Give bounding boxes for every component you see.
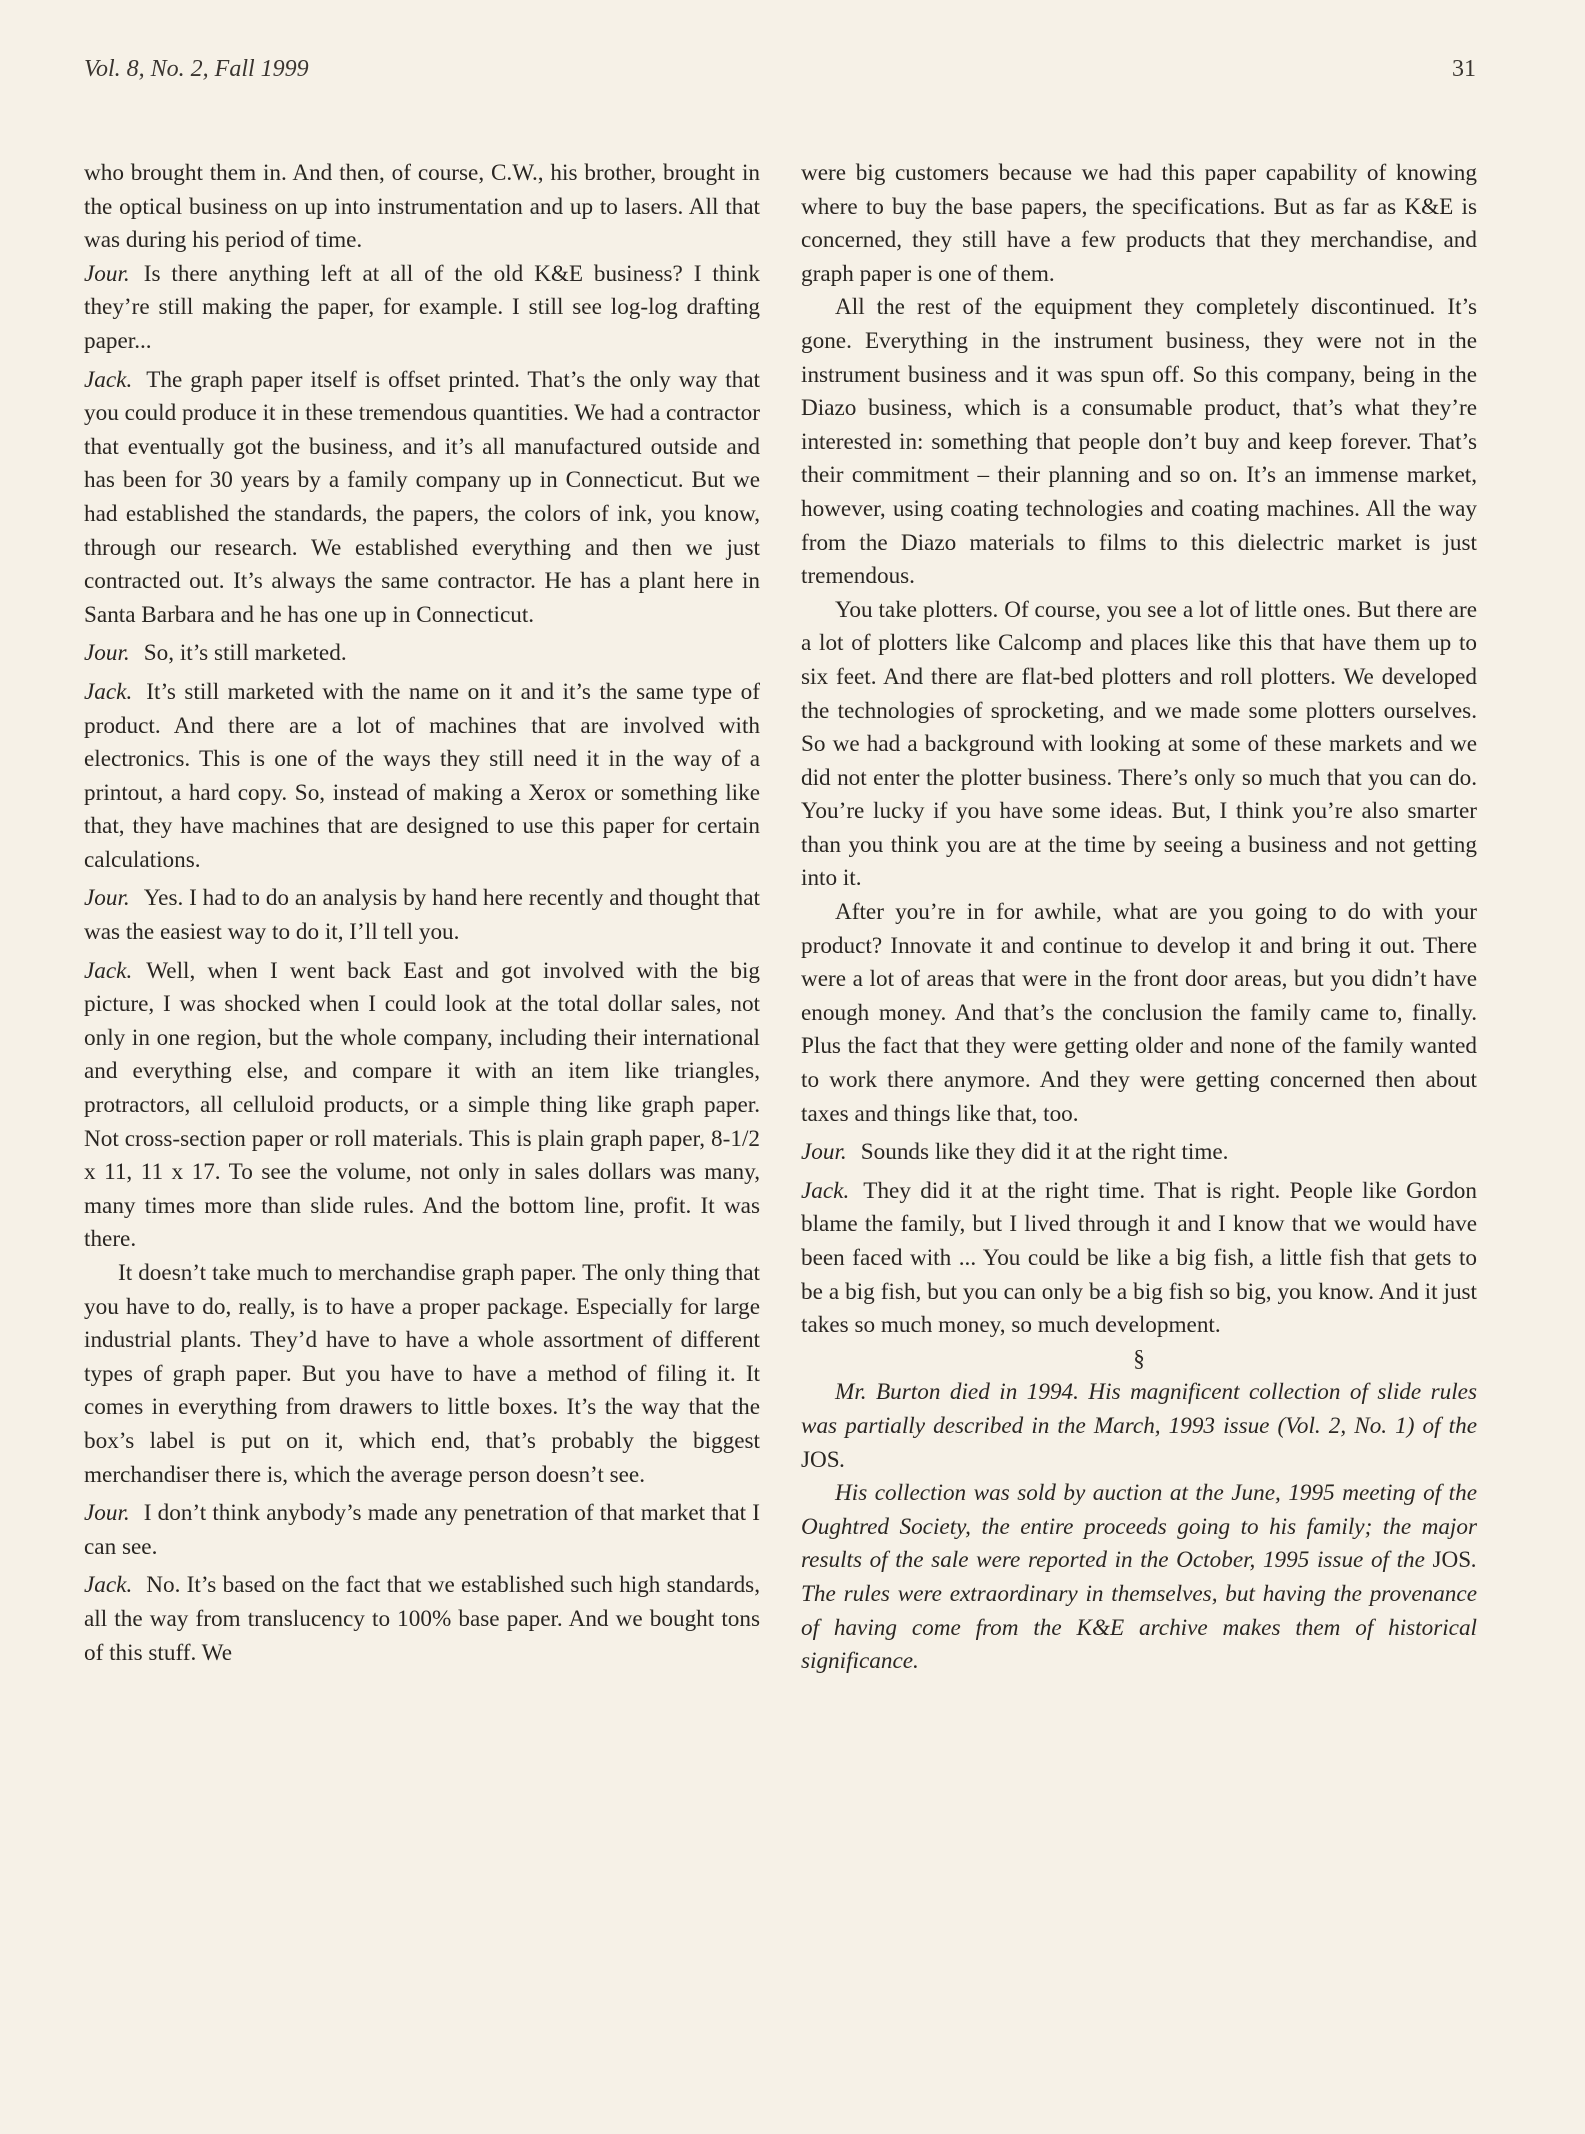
paragraph: All the rest of the equipment they compl… bbox=[801, 291, 1477, 593]
paragraph: It doesn’t take much to merchandise grap… bbox=[84, 1257, 760, 1492]
dialogue-paragraph: Jour.So, it’s still marketed. bbox=[84, 637, 760, 671]
paragraph-text: I don’t think anybody’s made any penetra… bbox=[84, 1500, 760, 1560]
dialogue-paragraph: Jack.They did it at the right time. That… bbox=[801, 1175, 1477, 1343]
speaker-label: Jour. bbox=[84, 1500, 130, 1526]
journal-abbrev: JOS bbox=[1433, 1547, 1472, 1573]
dialogue-paragraph: Jour.Yes. I had to do an analysis by han… bbox=[84, 882, 760, 949]
journal-issue: Vol. 8, No. 2, Fall 1999 bbox=[84, 56, 309, 83]
speaker-label: Jour. bbox=[801, 1139, 847, 1165]
paragraph-text: Sounds like they did it at the right tim… bbox=[861, 1139, 1229, 1165]
paragraph-text: Is there anything left at all of the old… bbox=[84, 261, 760, 354]
paragraph-text: Yes. I had to do an analysis by hand her… bbox=[84, 885, 760, 945]
speaker-label: Jack. bbox=[84, 1572, 132, 1598]
speaker-label: Jack. bbox=[84, 958, 132, 984]
paragraph-text: It doesn’t take much to merchandise grap… bbox=[84, 1260, 760, 1488]
note-text: His collection was sold by auction at th… bbox=[801, 1480, 1477, 1573]
speaker-label: Jack. bbox=[84, 679, 132, 705]
dialogue-paragraph: Jour.Sounds like they did it at the righ… bbox=[801, 1136, 1477, 1170]
dialogue-paragraph: Jack.The graph paper itself is offset pr… bbox=[84, 364, 760, 633]
left-column: who brought them in. And then, of course… bbox=[84, 157, 760, 1675]
paragraph: were big customers because we had this p… bbox=[801, 157, 1477, 291]
dialogue-paragraph: Jour.Is there anything left at all of th… bbox=[84, 258, 760, 359]
paragraph-text: You take plotters. Of course, you see a … bbox=[801, 597, 1477, 892]
running-head: Vol. 8, No. 2, Fall 1999 31 bbox=[84, 56, 1476, 90]
paragraph: You take plotters. Of course, you see a … bbox=[801, 594, 1477, 896]
note-text: Mr. Burton died in 1994. His magnificent… bbox=[801, 1379, 1477, 1439]
dialogue-paragraph: Jour.I don’t think anybody’s made any pe… bbox=[84, 1497, 760, 1564]
paragraph-text: Well, when I went back East and got invo… bbox=[84, 958, 760, 1253]
paragraph-text: were big customers because we had this p… bbox=[801, 160, 1477, 287]
paragraph-text: The graph paper itself is offset printed… bbox=[84, 367, 760, 628]
paragraph: After you’re in for awhile, what are you… bbox=[801, 896, 1477, 1131]
speaker-label: Jour. bbox=[84, 261, 130, 287]
paragraph-text: After you’re in for awhile, what are you… bbox=[801, 899, 1477, 1127]
dialogue-paragraph: Jack.It’s still marketed with the name o… bbox=[84, 676, 760, 878]
speaker-label: Jack. bbox=[84, 367, 132, 393]
paragraph-text: No. It’s based on the fact that we estab… bbox=[84, 1572, 760, 1665]
paragraph-text: So, it’s still marketed. bbox=[144, 640, 347, 666]
paragraph-text: All the rest of the equipment they compl… bbox=[801, 294, 1477, 589]
paragraph: who brought them in. And then, of course… bbox=[84, 157, 760, 258]
editorial-note: His collection was sold by auction at th… bbox=[801, 1477, 1477, 1679]
speaker-label: Jack. bbox=[801, 1178, 849, 1204]
right-column: were big customers because we had this p… bbox=[801, 157, 1477, 1679]
journal-abbrev: JOS bbox=[801, 1447, 840, 1473]
editorial-note: Mr. Burton died in 1994. His magnificent… bbox=[801, 1376, 1477, 1477]
note-text: . bbox=[840, 1447, 846, 1473]
page-number: 31 bbox=[1452, 56, 1476, 83]
speaker-label: Jour. bbox=[84, 885, 130, 911]
section-mark-icon: § bbox=[801, 1343, 1477, 1377]
dialogue-paragraph: Jack.Well, when I went back East and got… bbox=[84, 955, 760, 1257]
paragraph-text: who brought them in. And then, of course… bbox=[84, 160, 760, 253]
speaker-label: Jour. bbox=[84, 640, 130, 666]
paragraph-text: They did it at the right time. That is r… bbox=[801, 1178, 1477, 1338]
paragraph-text: It’s still marketed with the name on it … bbox=[84, 679, 760, 873]
dialogue-paragraph: Jack.No. It’s based on the fact that we … bbox=[84, 1569, 760, 1670]
